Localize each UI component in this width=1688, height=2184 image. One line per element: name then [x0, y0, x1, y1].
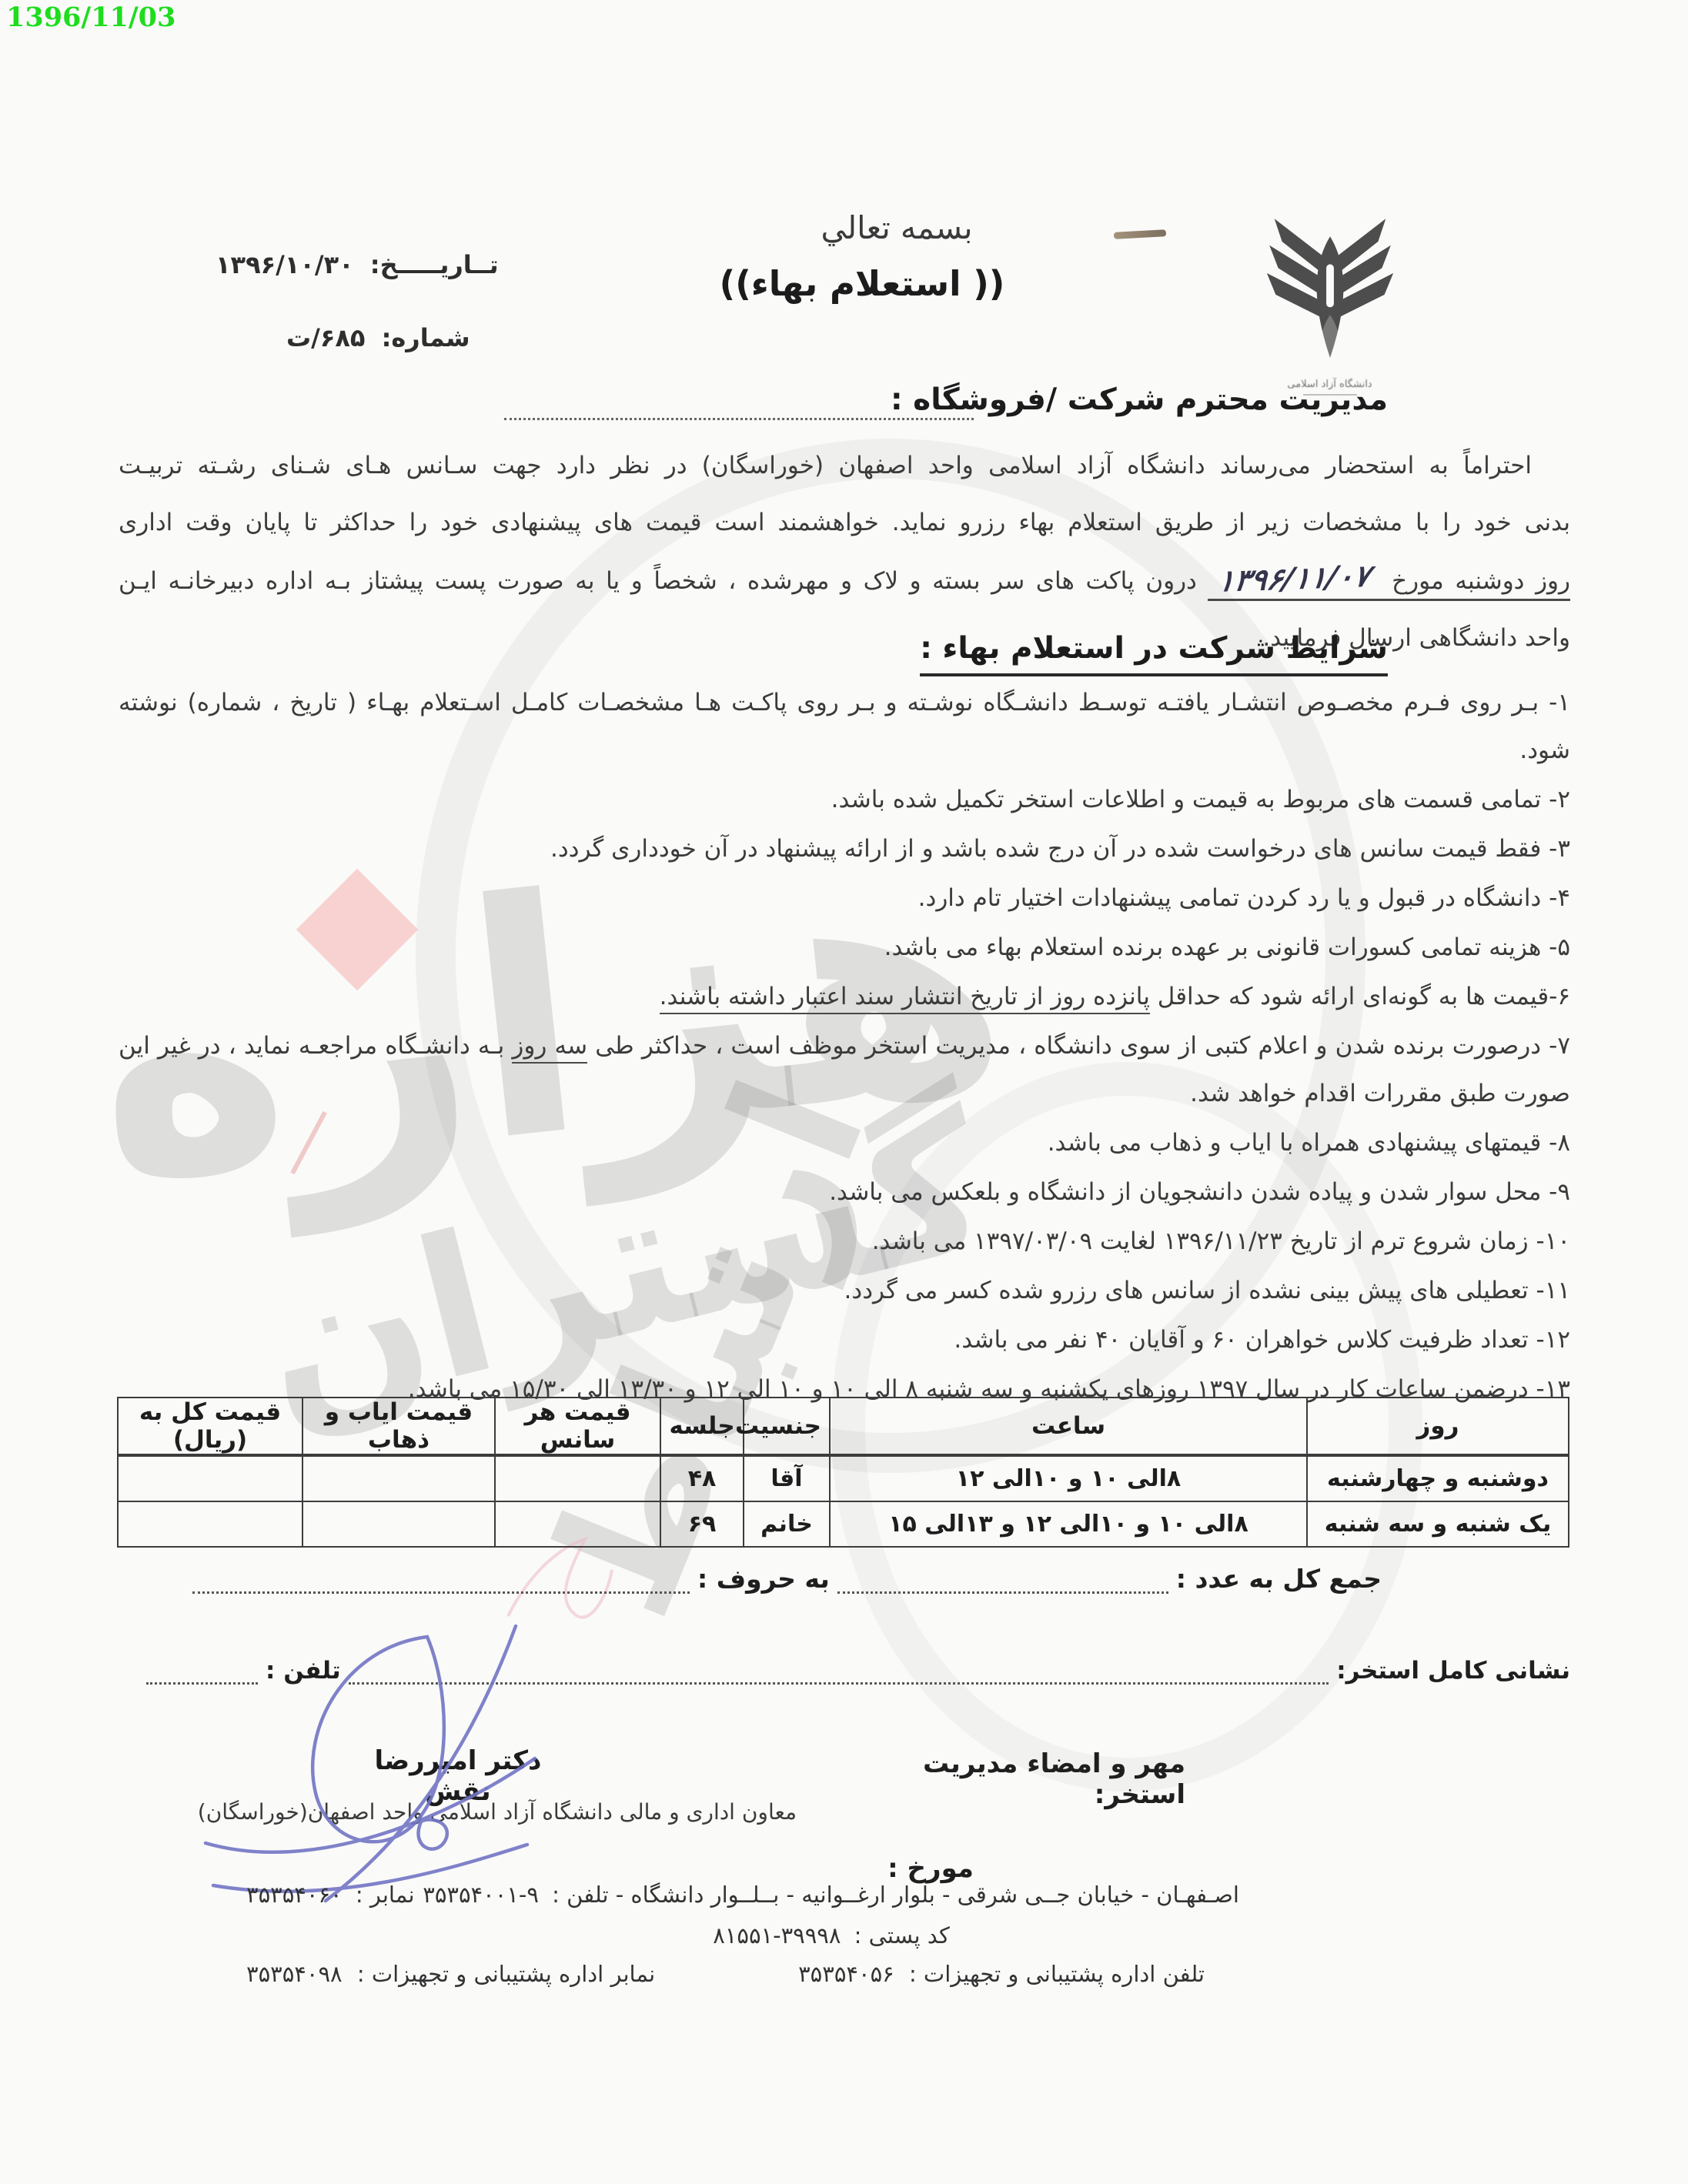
support-phone-label: تلفن اداره پشتیبانی و تجهیزات : [909, 1961, 1205, 1987]
table-empty-price-cell[interactable] [118, 1455, 303, 1501]
table-row: یک شنبه و سه شنبه۸الی ۱۰ و ۱۰الی ۱۲ و ۱۳… [118, 1501, 1569, 1547]
table-cell: ۸الی ۱۰ و ۱۰الی ۱۲ و ۱۳الی ۱۵ [830, 1501, 1307, 1547]
intro-line-3: روز دوشنبه مورخ ۱۳۹۶/۱۱/۰۷ درون پاکت های… [119, 551, 1570, 609]
pool-address-line: نشانی کامل استخر: تلفن : [146, 1653, 1570, 1685]
scan-date: 1396/11/03 [6, 2, 175, 33]
azad-university-logo: دانشگاه آزاد اسلامی [1247, 199, 1412, 396]
signer-name: دكتر اميررضا نقش [346, 1745, 570, 1807]
footer-fax-part: نمابر : ۳۵۳۵۴۰۶۰ [246, 1882, 415, 1908]
table-cell: یک شنبه و سه شنبه [1307, 1501, 1569, 1547]
footer-fax-value: ۳۵۳۵۴۰۶۰ [246, 1882, 349, 1908]
condition-item: ۷- درصورت برنده شدن و اعلام کتبی از سوی … [119, 1022, 1570, 1117]
conditions-title: شرايط شركت در استعلام بهاء : [920, 631, 1388, 676]
document-page: هزاره گستران ارتباط 1396/11/03 بسمه تعال… [0, 0, 1688, 2184]
table-cell: ۴۸ [660, 1455, 744, 1501]
table-header-cell: جنسیت [744, 1398, 830, 1455]
support-phone-part: تلفن اداره پشتیبانی و تجهیزات : ۳۵۳۵۴۰۵۶ [798, 1961, 1205, 1987]
doc-number-value: ۶۸۵/ت [286, 323, 373, 352]
postal-code-label: کد پستی : [854, 1922, 950, 1949]
stamp-signature-label: مهر و امضاء مديريت استخر: [877, 1748, 1185, 1810]
pool-address-label: نشانی کامل استخر: [1336, 1657, 1570, 1685]
postal-code-value: ۸۱۵۵۱-۳۹۹۹۸ [713, 1922, 847, 1949]
doc-date-line: تــاريـــــخ: ۱۳۹۶/۱۰/۳۰ [216, 250, 499, 279]
condition-item: ۲- تمامی قسمت های مربوط به قیمت و اطلاعا… [119, 776, 1570, 823]
support-fax-part: نمابر اداره پشتیبانی و تجهیزات : ۳۵۳۵۴۰۹… [246, 1961, 655, 1987]
table-header-cell: قیمت کل به (ریال) [118, 1398, 303, 1455]
condition-item: ۱۲- تعداد ظرفیت کلاس خواهران ۶۰ و آقایان… [119, 1316, 1570, 1364]
footer-address-text: اصـفهـان - خیابان جــی شرقی - بلوار ارغـ… [552, 1882, 1239, 1908]
doc-type-title: (( استعلام بهاء)) [697, 263, 1028, 304]
footer-address-line: اصـفهـان - خیابان جــی شرقی - بلوار ارغـ… [246, 1882, 1239, 1908]
doc-date-value: ۱۳۹۶/۱۰/۳۰ [216, 250, 362, 279]
pen-dash-mark [1114, 229, 1166, 239]
condition-item: ۶-قیمت ها به گونه‌ای ارائه شود که حداقل … [119, 973, 1570, 1020]
deadline-underlined-phrase: روز دوشنبه مورخ ۱۳۹۶/۱۱/۰۷ [1208, 567, 1570, 601]
condition-item: ۹- محل سوار شدن و پیاده شدن دانشجویان از… [119, 1168, 1570, 1216]
table-cell: آقا [744, 1455, 830, 1501]
doc-number-label: شماره: [382, 323, 470, 352]
condition-item: ۵- هزینه تمامی کسورات قانونی بر عهده برن… [119, 923, 1570, 971]
condition-item: ۱- بـر روی فـرم مخصـوص انتشـار یافتـه تو… [119, 679, 1570, 774]
signature-date-label: مورخ : [851, 1853, 974, 1884]
besmele-text: بسمه تعالي [731, 209, 1062, 246]
price-table-body: دوشنبه و چهارشنبه۸الی ۱۰ و ۱۰الی ۱۲آقا۴۸… [118, 1455, 1569, 1547]
doc-date-label: تــاريـــــخ: [370, 250, 499, 279]
table-empty-price-cell[interactable] [303, 1501, 495, 1547]
intro-line-1: احتراماً به استحضار می‌رساند دانشگاه آزا… [119, 437, 1570, 494]
pool-phone-label: تلفن : [266, 1657, 341, 1685]
table-header-cell: جلسه [660, 1398, 744, 1455]
table-header-cell: قیمت ایاب و ذهاب [303, 1398, 495, 1455]
recipient-fill-line[interactable] [504, 418, 974, 420]
table-header-cell: روز [1307, 1398, 1569, 1455]
azad-bird-icon [1253, 199, 1407, 376]
table-row: دوشنبه و چهارشنبه۸الی ۱۰ و ۱۰الی ۱۲آقا۴۸ [118, 1455, 1569, 1501]
support-phone-value: ۳۵۳۵۴۰۵۶ [798, 1961, 902, 1987]
footer-fax-label: نمابر : [356, 1882, 415, 1908]
total-numeric-input-line[interactable] [837, 1562, 1168, 1594]
table-empty-price-cell[interactable] [303, 1455, 495, 1501]
total-numeric-label: جمع کل به عدد : [1176, 1564, 1382, 1594]
table-empty-price-cell[interactable] [495, 1455, 660, 1501]
table-cell: ۸الی ۱۰ و ۱۰الی ۱۲ [830, 1455, 1307, 1501]
total-words-label: به حروف : [697, 1564, 830, 1594]
table-header-cell: ساعت [830, 1398, 1307, 1455]
conditions-list: ۱- بـر روی فـرم مخصـوص انتشـار یافتـه تو… [119, 679, 1570, 1414]
condition-item: ۱۰- زمان شروع ترم از تاریخ ۱۳۹۶/۱۱/۲۳ لغ… [119, 1217, 1570, 1265]
total-words-input-line[interactable] [192, 1562, 690, 1594]
table-header-cell: قیمت هر سانس [495, 1398, 660, 1455]
condition-item: ۴- دانشگاه در قبول و یا رد کردن تمامی پی… [119, 874, 1570, 922]
condition-item: ۸- قیمتهای پیشنهادی همراه با ایاب و ذهاب… [119, 1119, 1570, 1167]
totals-line: جمع کل به عدد : به حروف : [192, 1562, 1382, 1594]
footer-address-part: اصـفهـان - خیابان جــی شرقی - بلوار ارغـ… [423, 1882, 1239, 1908]
condition-item: ۱۱- تعطیلی های پیش بینی نشده از سانس های… [119, 1267, 1570, 1314]
support-fax-value: ۳۵۳۵۴۰۹۸ [246, 1961, 350, 1987]
pool-phone-input-line[interactable] [146, 1653, 258, 1685]
intro-line-2: بدنی خود را با مشخصات زیر از طریق استعلا… [119, 494, 1570, 551]
support-fax-label: نمابر اداره پشتیبانی و تجهیزات : [357, 1961, 655, 1987]
condition-item: ۳- فقط قیمت سانس های درخواست شده در آن د… [119, 825, 1570, 873]
price-table: روزساعتجنسیتجلسهقیمت هر سانسقیمت ایاب و … [117, 1397, 1569, 1548]
table-cell: دوشنبه و چهارشنبه [1307, 1455, 1569, 1501]
footer-support-line: تلفن اداره پشتیبانی و تجهیزات : ۳۵۳۵۴۰۵۶… [246, 1961, 1205, 1987]
signer-title: معاون اداری و مالی دانشگاه آزاد اسلامی و… [189, 1799, 797, 1825]
table-cell: خانم [744, 1501, 830, 1547]
handwritten-deadline-date: ۱۳۹۶/۱۱/۰۷ [1204, 548, 1385, 611]
recipient-label: مديريت محترم شركت /فروشگاه : [891, 382, 1388, 417]
footer-postal-line: کد پستی : ۸۱۵۵۱-۳۹۹۹۸ [616, 1922, 1047, 1949]
doc-number-line: شماره: ۶۸۵/ت [286, 323, 470, 352]
table-empty-price-cell[interactable] [495, 1501, 660, 1547]
table-empty-price-cell[interactable] [118, 1501, 303, 1547]
table-cell: ۶۹ [660, 1501, 744, 1547]
pool-address-input-line[interactable] [349, 1653, 1329, 1685]
price-table-header-row: روزساعتجنسیتجلسهقیمت هر سانسقیمت ایاب و … [118, 1398, 1569, 1455]
price-table-wrapper: روزساعتجنسیتجلسهقیمت هر سانسقیمت ایاب و … [117, 1397, 1569, 1548]
footer-phone-value: ۳۵۳۵۴۰۰۱-۹ [423, 1882, 545, 1908]
